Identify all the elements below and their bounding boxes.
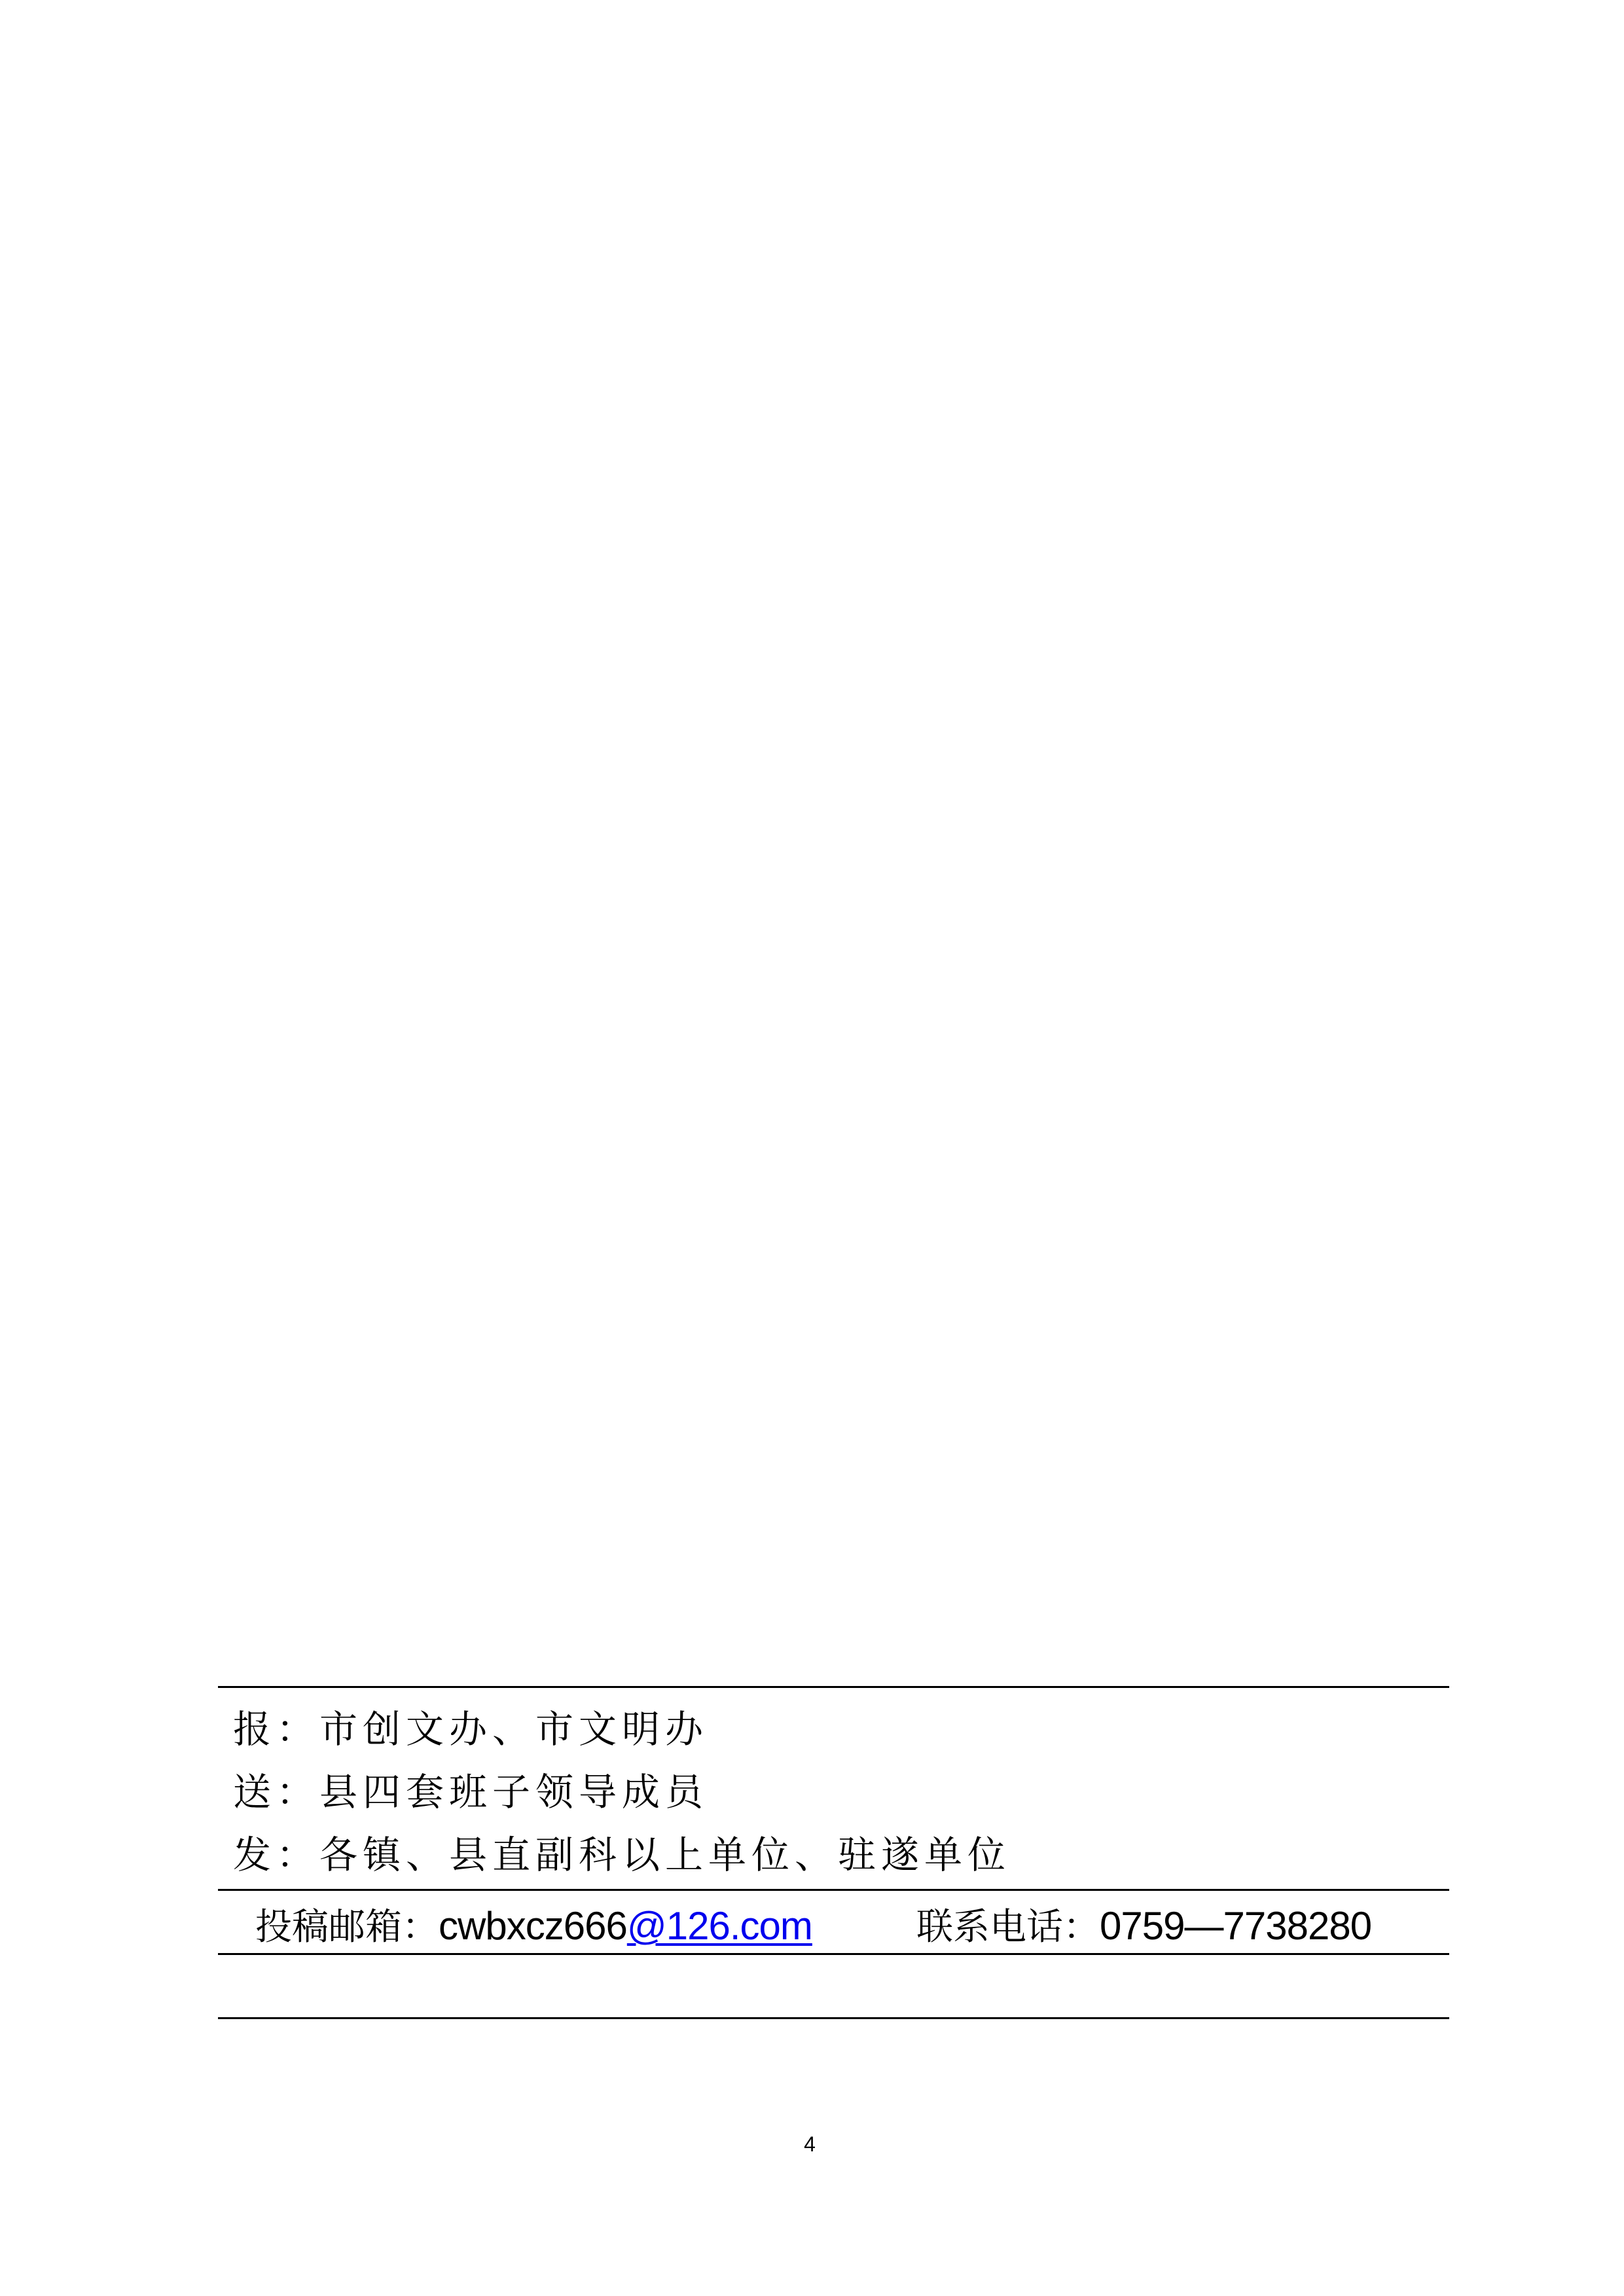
document-page: 报：市创文办、市文明办 送：县四套班子领导成员 发：各镇、县直副科以上单位、驻遂…: [0, 0, 1624, 2296]
email-user: cwbxcz666: [439, 1904, 627, 1948]
email-link[interactable]: @126.com: [627, 1904, 812, 1948]
contact-row: 投稿邮箱：cwbxcz666@126.com 联系电话：0759—7738280: [255, 1900, 812, 1952]
contact-bottom-divider: [218, 1953, 1449, 1955]
email-label: 投稿邮箱：: [255, 1906, 439, 1948]
report-to-line: 报：市创文办、市文明办: [233, 1708, 708, 1750]
send-to-value: 县四套班子领导成员: [319, 1770, 708, 1814]
send-to-line: 送：县四套班子领导成员: [233, 1771, 708, 1813]
issue-to-line: 发：各镇、县直副科以上单位、驻遂单位: [233, 1834, 1011, 1876]
bottom-divider: [218, 2017, 1449, 2019]
phone-block: 联系电话：0759—7738280: [916, 1900, 1371, 1954]
report-to-label: 报：: [233, 1707, 319, 1751]
top-divider: [218, 1686, 1449, 1688]
issue-to-value: 各镇、县直副科以上单位、驻遂单位: [319, 1833, 1011, 1877]
phone-label: 联系电话：: [916, 1906, 1100, 1948]
send-to-label: 送：: [233, 1770, 319, 1814]
phone-value: 0759—7738280: [1100, 1904, 1371, 1948]
page-number: 4: [800, 2132, 820, 2157]
report-to-value: 市创文办、市文明办: [319, 1707, 708, 1751]
issue-to-label: 发：: [233, 1833, 319, 1877]
contact-top-divider: [218, 1889, 1449, 1891]
